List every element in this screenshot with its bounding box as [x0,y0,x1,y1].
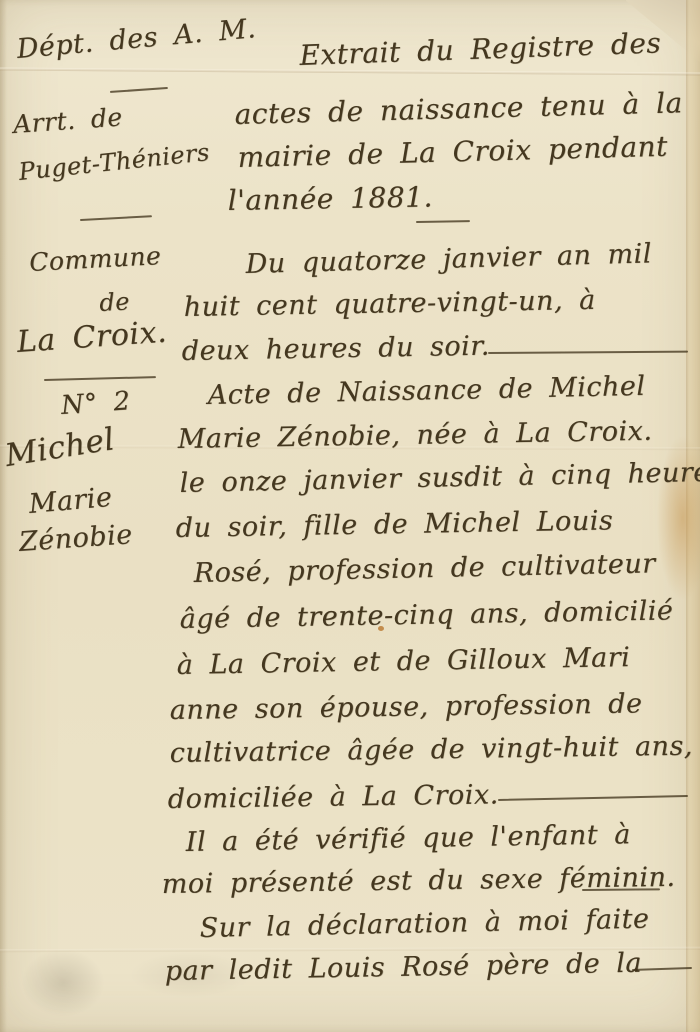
document-page: Dépt. des A. M. Arrt. de Puget-Théniers … [0,0,700,1032]
body-line: Acte de Naissance de Michel [207,373,645,409]
paper-right-fold-line [686,0,700,1032]
margin-note-commune-de: de [99,289,131,315]
pen-flourish-under-department [110,87,168,93]
body-line: âgé de trente-cinq ans, domicilié [180,597,674,633]
pen-underline-commune [44,376,156,381]
pen-flourish-under-arrondissement [80,215,152,220]
title-line: Extrait du Registre des [299,29,662,70]
body-line: domiciliée à La Croix. [168,781,499,813]
margin-note-child-name-3: Zénobie [18,521,133,556]
margin-note-commune-label: Commune [29,243,162,275]
body-line: Du quatorze janvier an mil [245,240,652,278]
pen-rule-after-domicile [498,795,688,801]
title-line: actes de naissance tenu à la [234,89,683,129]
margin-note-arrondissement-label: Arrt. de [12,104,123,137]
body-line: moi présenté est du sexe féminin. [162,864,676,898]
margin-note-commune-name: La Croix. [16,318,168,358]
body-line: le onze janvier susdit à cinq heures [179,459,700,497]
margin-note-child-name-1: Michel [3,424,117,472]
title-line: l'année 1881. [228,183,434,215]
margin-note-child-name-2: Marie [28,484,114,518]
title-line: mairie de La Croix pendant [237,133,668,172]
body-line: anne son épouse, profession de [170,690,643,724]
body-line: Rosé, profession de cultivateur [193,550,655,587]
body-line: Il a été vérifié que l'enfant à [186,821,631,856]
body-line: cultivatrice âgée de vingt-huit ans, [170,733,693,767]
body-line: du soir, fille de Michel Louis [176,507,614,542]
body-line: huit cent quatre-vingt-un, à [184,287,596,321]
body-line: à La Croix et de Gilloux Mari [177,644,631,679]
paper-left-edge-shading [0,0,7,1032]
body-line: Marie Zénobie, née à La Croix. [178,418,653,453]
body-line: par ledit Louis Rosé père de la [165,950,643,985]
pen-underline-year [416,220,470,223]
margin-note-arrondissement-name: Puget-Théniers [17,140,210,184]
body-line: deux heures du soir. [182,333,491,365]
margin-note-act-number: N° 2 [60,388,131,419]
body-line: Sur la déclaration à moi faite [199,906,649,942]
smudge-bottom-left [8,938,118,1028]
margin-note-department: Dépt. des A. M. [16,15,257,63]
pen-rule-after-time [488,351,688,354]
